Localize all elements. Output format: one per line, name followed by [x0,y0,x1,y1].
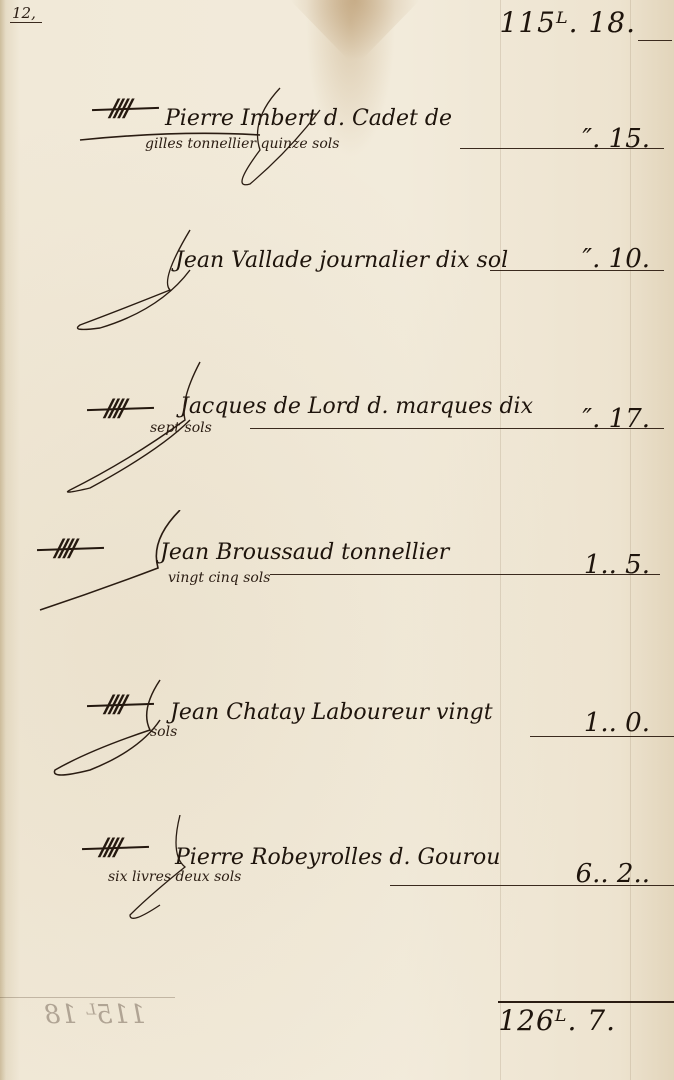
page-total: 126ᴸ. 7. [498,1004,616,1037]
entry-detail: six livres deux sols [108,869,241,885]
tally-marks: //// [110,94,129,122]
pen-flourish [60,220,260,340]
tally-marks: //// [105,690,124,718]
total-rule [498,1001,674,1003]
entry-name: Pierre Robeyrolles d. Gourou [175,845,500,870]
ledger-page: 12, 115ᴸ. 18. //// Pierre Imbert d. Cade… [0,0,674,1080]
entry-name: Jacques de Lord d. marques dix [180,394,533,419]
ledger-entry: Jean Vallade journalier dix sol ″. 10. [0,220,674,340]
entry-detail: sept sols [150,420,212,436]
entry-name: Jean Chatay Laboureur vingt [170,700,493,725]
entry-amount: ″. 15. [582,124,650,154]
ledger-entry: //// Jacques de Lord d. marques dix sept… [0,360,674,480]
entry-detail: sols [150,724,177,740]
ledger-entry: //// Pierre Imbert d. Cadet de gilles to… [0,80,674,200]
entry-name: Jean Vallade journalier dix sol [175,248,508,273]
tally-marks: //// [105,394,124,422]
ledger-entry: //// Jean Chatay Laboureur vingt sols 1.… [0,670,674,790]
pen-flourish [30,510,230,620]
pen-flourish [40,670,240,790]
entry-amount: 1.. 5. [584,550,650,580]
entry-name: Jean Broussaud tonnellier [160,540,449,565]
ghost-rule [0,997,175,998]
water-stain [290,0,420,60]
entry-amount: ″. 17. [582,404,650,434]
entry-detail: vingt cinq sols [168,570,270,586]
bleed-through-total: 115ᴸ 18 [44,1000,146,1030]
entry-amount: ″. 10. [582,244,650,274]
tally-marks: //// [55,534,74,562]
ledger-entry: //// Jean Broussaud tonnellier vingt cin… [0,510,674,630]
entry-name: Pierre Imbert d. Cadet de [165,106,452,131]
tally-marks: //// [100,833,119,861]
entry-amount: 1.. 0. [584,708,650,738]
folio-number: 12, [10,4,42,23]
entry-amount: 6.. 2.. [576,859,650,889]
entry-detail: gilles tonnellier quinze sols [145,136,339,152]
ledger-entry: //// Pierre Robeyrolles d. Gourou six li… [0,815,674,935]
carried-forward-total: 115ᴸ. 18. [500,6,636,39]
